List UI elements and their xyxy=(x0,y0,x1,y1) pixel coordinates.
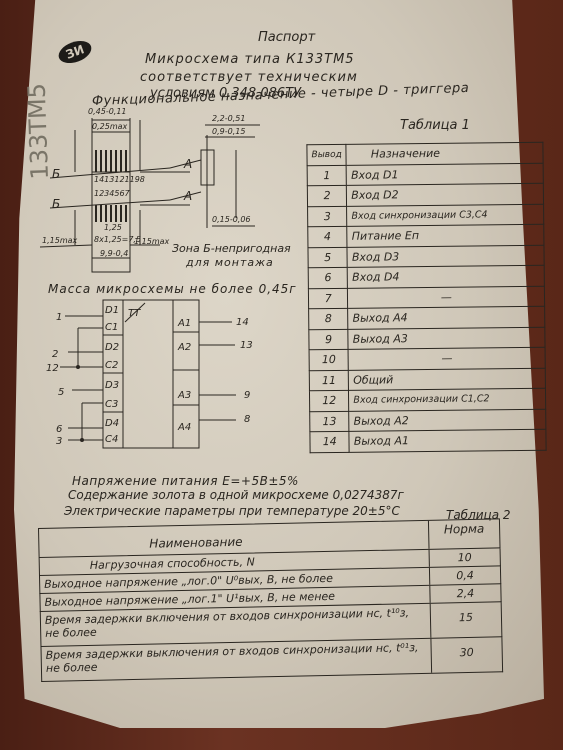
pin-purpose: Выход А4 xyxy=(348,306,545,329)
table-row: 4Питание Еп xyxy=(308,224,545,247)
out-label-a2: A2 xyxy=(177,342,191,353)
pin-12: 12 xyxy=(46,363,59,374)
pin-purpose: Вход D3 xyxy=(347,245,544,268)
pin-number: 5 xyxy=(308,247,348,268)
pin-purpose: Выход А3 xyxy=(348,327,545,350)
in-label-c3: C3 xyxy=(105,399,118,410)
pin-purpose: Общий xyxy=(349,368,546,391)
table1-pinout: Вывод Назначение 1Вход D1 2Вход D2 3Вход… xyxy=(306,142,547,453)
dim-lead: 0,25max xyxy=(92,122,128,131)
header-norm: Норма xyxy=(429,519,500,548)
mass-note: Масса микросхемы не более 0,45г xyxy=(48,282,297,296)
dim-max-right: 1,15max xyxy=(134,237,170,246)
dim-pitch: 1,25 xyxy=(104,223,122,232)
zone-note-1: Зона Б-непригодная xyxy=(172,242,291,255)
label-a-bottom: А xyxy=(183,189,192,203)
in-label-c4: C4 xyxy=(105,434,118,445)
out-label-a1: A1 xyxy=(177,318,191,329)
pin-2: 2 xyxy=(52,349,58,360)
supply-voltage: Напряжение питания E=+5В±5% xyxy=(72,474,299,488)
pin-number: 12 xyxy=(309,390,349,411)
pin-purpose: Выход А2 xyxy=(349,409,546,432)
pin-1: 1 xyxy=(56,312,62,323)
pin-5: 5 xyxy=(58,387,64,398)
label-b-top: Б xyxy=(52,167,60,181)
pin-purpose: Вход синхронизации С1,С2 xyxy=(349,388,546,411)
pin-number: 13 xyxy=(310,411,350,432)
pin-number: 10 xyxy=(309,349,349,370)
table-row: 11Общий xyxy=(309,368,546,391)
pin-number: 8 xyxy=(309,308,349,329)
dim-length: 9,9-0,4 xyxy=(100,249,128,258)
param-value: 30 xyxy=(431,637,502,672)
pin-number: 3 xyxy=(308,206,348,227)
pin-number: 1 xyxy=(307,165,347,186)
dim-lead-thickness: 0,15-0,06 xyxy=(212,215,251,224)
table-row: 3Вход синхронизации С3,С4 xyxy=(308,204,545,227)
pin-purpose: — xyxy=(348,286,545,309)
pin-6: 6 xyxy=(56,424,62,435)
table-row: 10— xyxy=(309,347,546,370)
table-row: 5Вход D3 xyxy=(308,245,545,268)
in-label-d3: D3 xyxy=(105,380,119,391)
in-label-d1: D1 xyxy=(105,305,119,316)
param-value: 2,4 xyxy=(430,584,500,602)
marking-top: 1413121198 xyxy=(94,175,145,184)
in-label-d4: D4 xyxy=(105,418,119,429)
pin-number: 11 xyxy=(309,370,349,391)
pin-number: 14 xyxy=(310,431,350,452)
header-purpose: Назначение xyxy=(346,142,543,165)
param-value: 10 xyxy=(430,548,500,566)
dim-height: 2,2-0,51 xyxy=(212,114,245,123)
pin-purpose: Выход А1 xyxy=(349,429,546,452)
marking-bottom: 1234567 xyxy=(94,189,131,198)
table-header-row: Вывод Назначение xyxy=(307,142,544,165)
param-name: Время задержки выключения от входов синх… xyxy=(41,639,432,681)
label-b-bottom: Б xyxy=(52,197,60,211)
pin-9: 9 xyxy=(244,390,250,401)
table-row: 13Выход А2 xyxy=(310,409,547,432)
zone-note-2: для монтажа xyxy=(186,256,274,269)
pin-13: 13 xyxy=(240,340,253,351)
pin-number: 2 xyxy=(307,185,347,206)
table2-electrical: Наименование Норма Нагрузочная способнос… xyxy=(38,518,503,682)
header-pin: Вывод xyxy=(307,144,347,165)
gold-content: Содержание золота в одной микросхеме 0,0… xyxy=(68,488,404,502)
table-row: 14Выход А1 xyxy=(310,429,547,452)
table-row: 8Выход А4 xyxy=(309,306,546,329)
pin-8: 8 xyxy=(244,414,250,425)
table1-caption: Таблица 1 xyxy=(400,118,470,133)
dim-thickness: 0,9-0,15 xyxy=(212,127,245,136)
in-label-c1: C1 xyxy=(105,322,118,333)
pin-number: 7 xyxy=(308,288,348,309)
pin-purpose: — xyxy=(348,347,545,370)
table-row: 1Вход D1 xyxy=(307,163,544,186)
table-row: 9Выход А3 xyxy=(309,327,546,350)
table-row: 12Вход синхронизации С1,С2 xyxy=(309,388,546,411)
pin-number: 9 xyxy=(309,329,349,350)
dim-pin-width: 0,45-0,11 xyxy=(88,107,127,116)
in-label-c2: C2 xyxy=(105,360,118,371)
pin-purpose: Питание Еп xyxy=(347,224,544,247)
table-row: 7— xyxy=(308,286,545,309)
in-label-d2: D2 xyxy=(105,342,119,353)
out-label-a3: A3 xyxy=(177,390,191,401)
param-value: 15 xyxy=(431,602,502,637)
pin-purpose: Вход D1 xyxy=(346,163,543,186)
pin-purpose: Вход синхронизации С3,С4 xyxy=(347,204,544,227)
param-value: 0,4 xyxy=(430,566,500,584)
pin-3: 3 xyxy=(56,436,62,447)
pin-purpose: Вход D2 xyxy=(347,183,544,206)
label-a-top: А xyxy=(183,157,192,171)
pin-purpose: Вход D4 xyxy=(348,265,545,288)
table-row: 2Вход D2 xyxy=(307,183,544,206)
pin-14: 14 xyxy=(236,317,249,328)
out-label-a4: A4 xyxy=(177,422,191,433)
trigger-symbol: TT xyxy=(128,308,141,319)
pin-number: 6 xyxy=(308,267,348,288)
dim-max-left: 1,15max xyxy=(42,236,78,245)
electrical-params-heading: Электрические параметры при температуре … xyxy=(64,504,400,518)
pin-number: 4 xyxy=(308,226,348,247)
table-row: 6Вход D4 xyxy=(308,265,545,288)
